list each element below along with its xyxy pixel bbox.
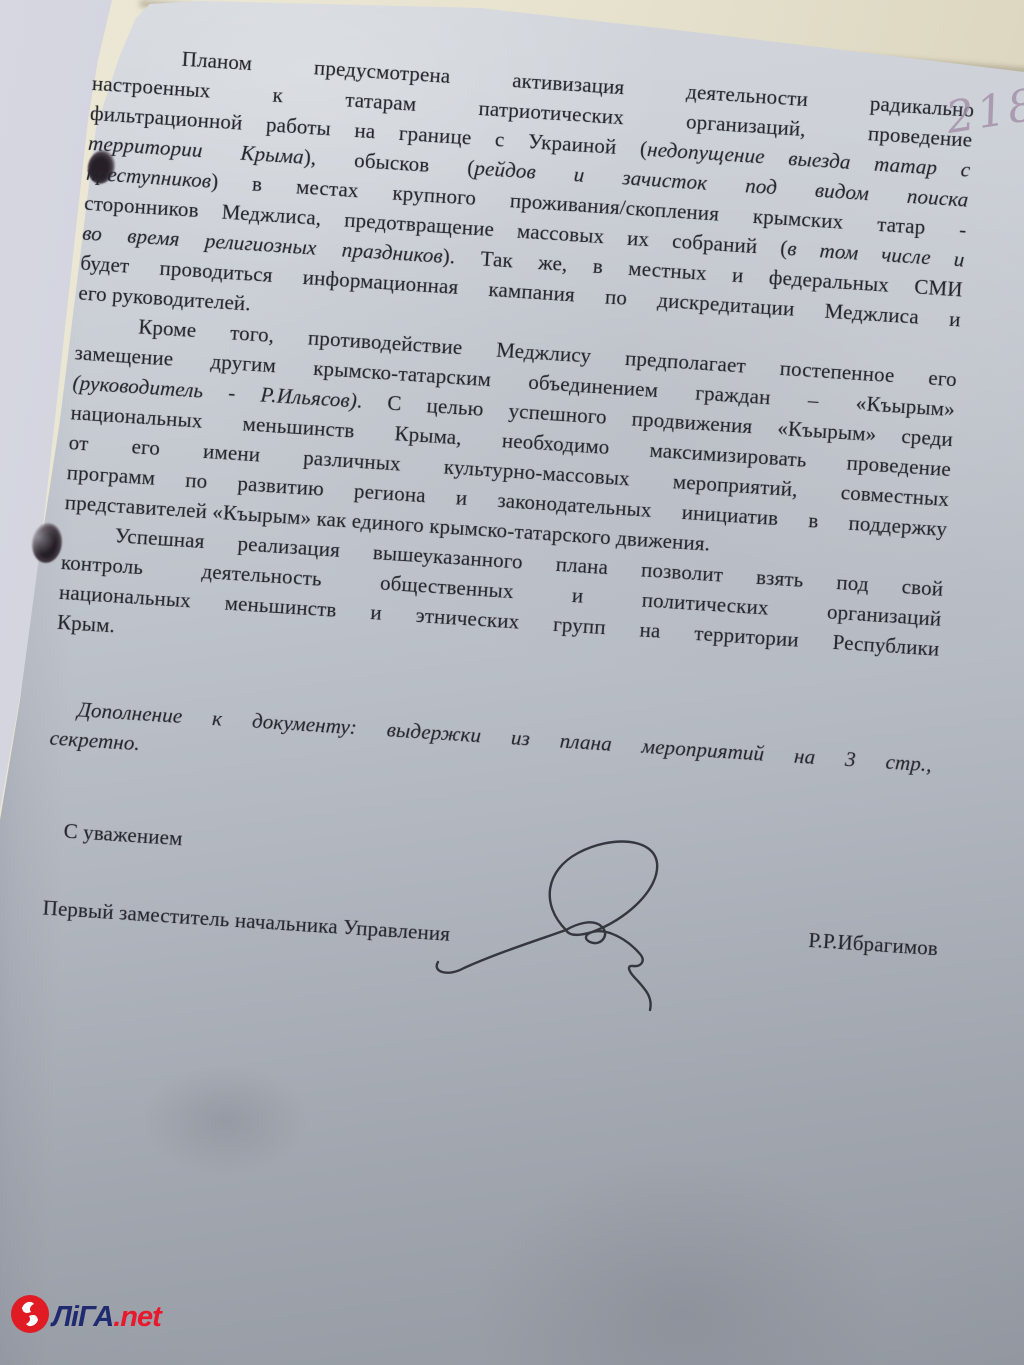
liga-logo-text: ЛіГА.net [52,1303,161,1332]
photographed-document: Планом предусмотрена активизация деятель… [0,0,1024,1365]
liga-logo-brand: ЛіГА [52,1301,113,1333]
liga-logo-icon [10,1294,50,1334]
document-paragraphs: Планом предусмотрена активизация деятель… [49,38,975,809]
italic-text-segment: секретно. [49,726,141,756]
handwritten-signature [420,820,720,1040]
signer-name: Р.Р.Ибрагимов [808,925,939,963]
liga-net-watermark: ЛіГА.net [10,1294,161,1334]
paragraph: Дополнение к документу: выдержки из план… [49,693,933,810]
text-segment: Крым. [56,610,115,638]
liga-logo-suffix: .net [113,1301,161,1333]
